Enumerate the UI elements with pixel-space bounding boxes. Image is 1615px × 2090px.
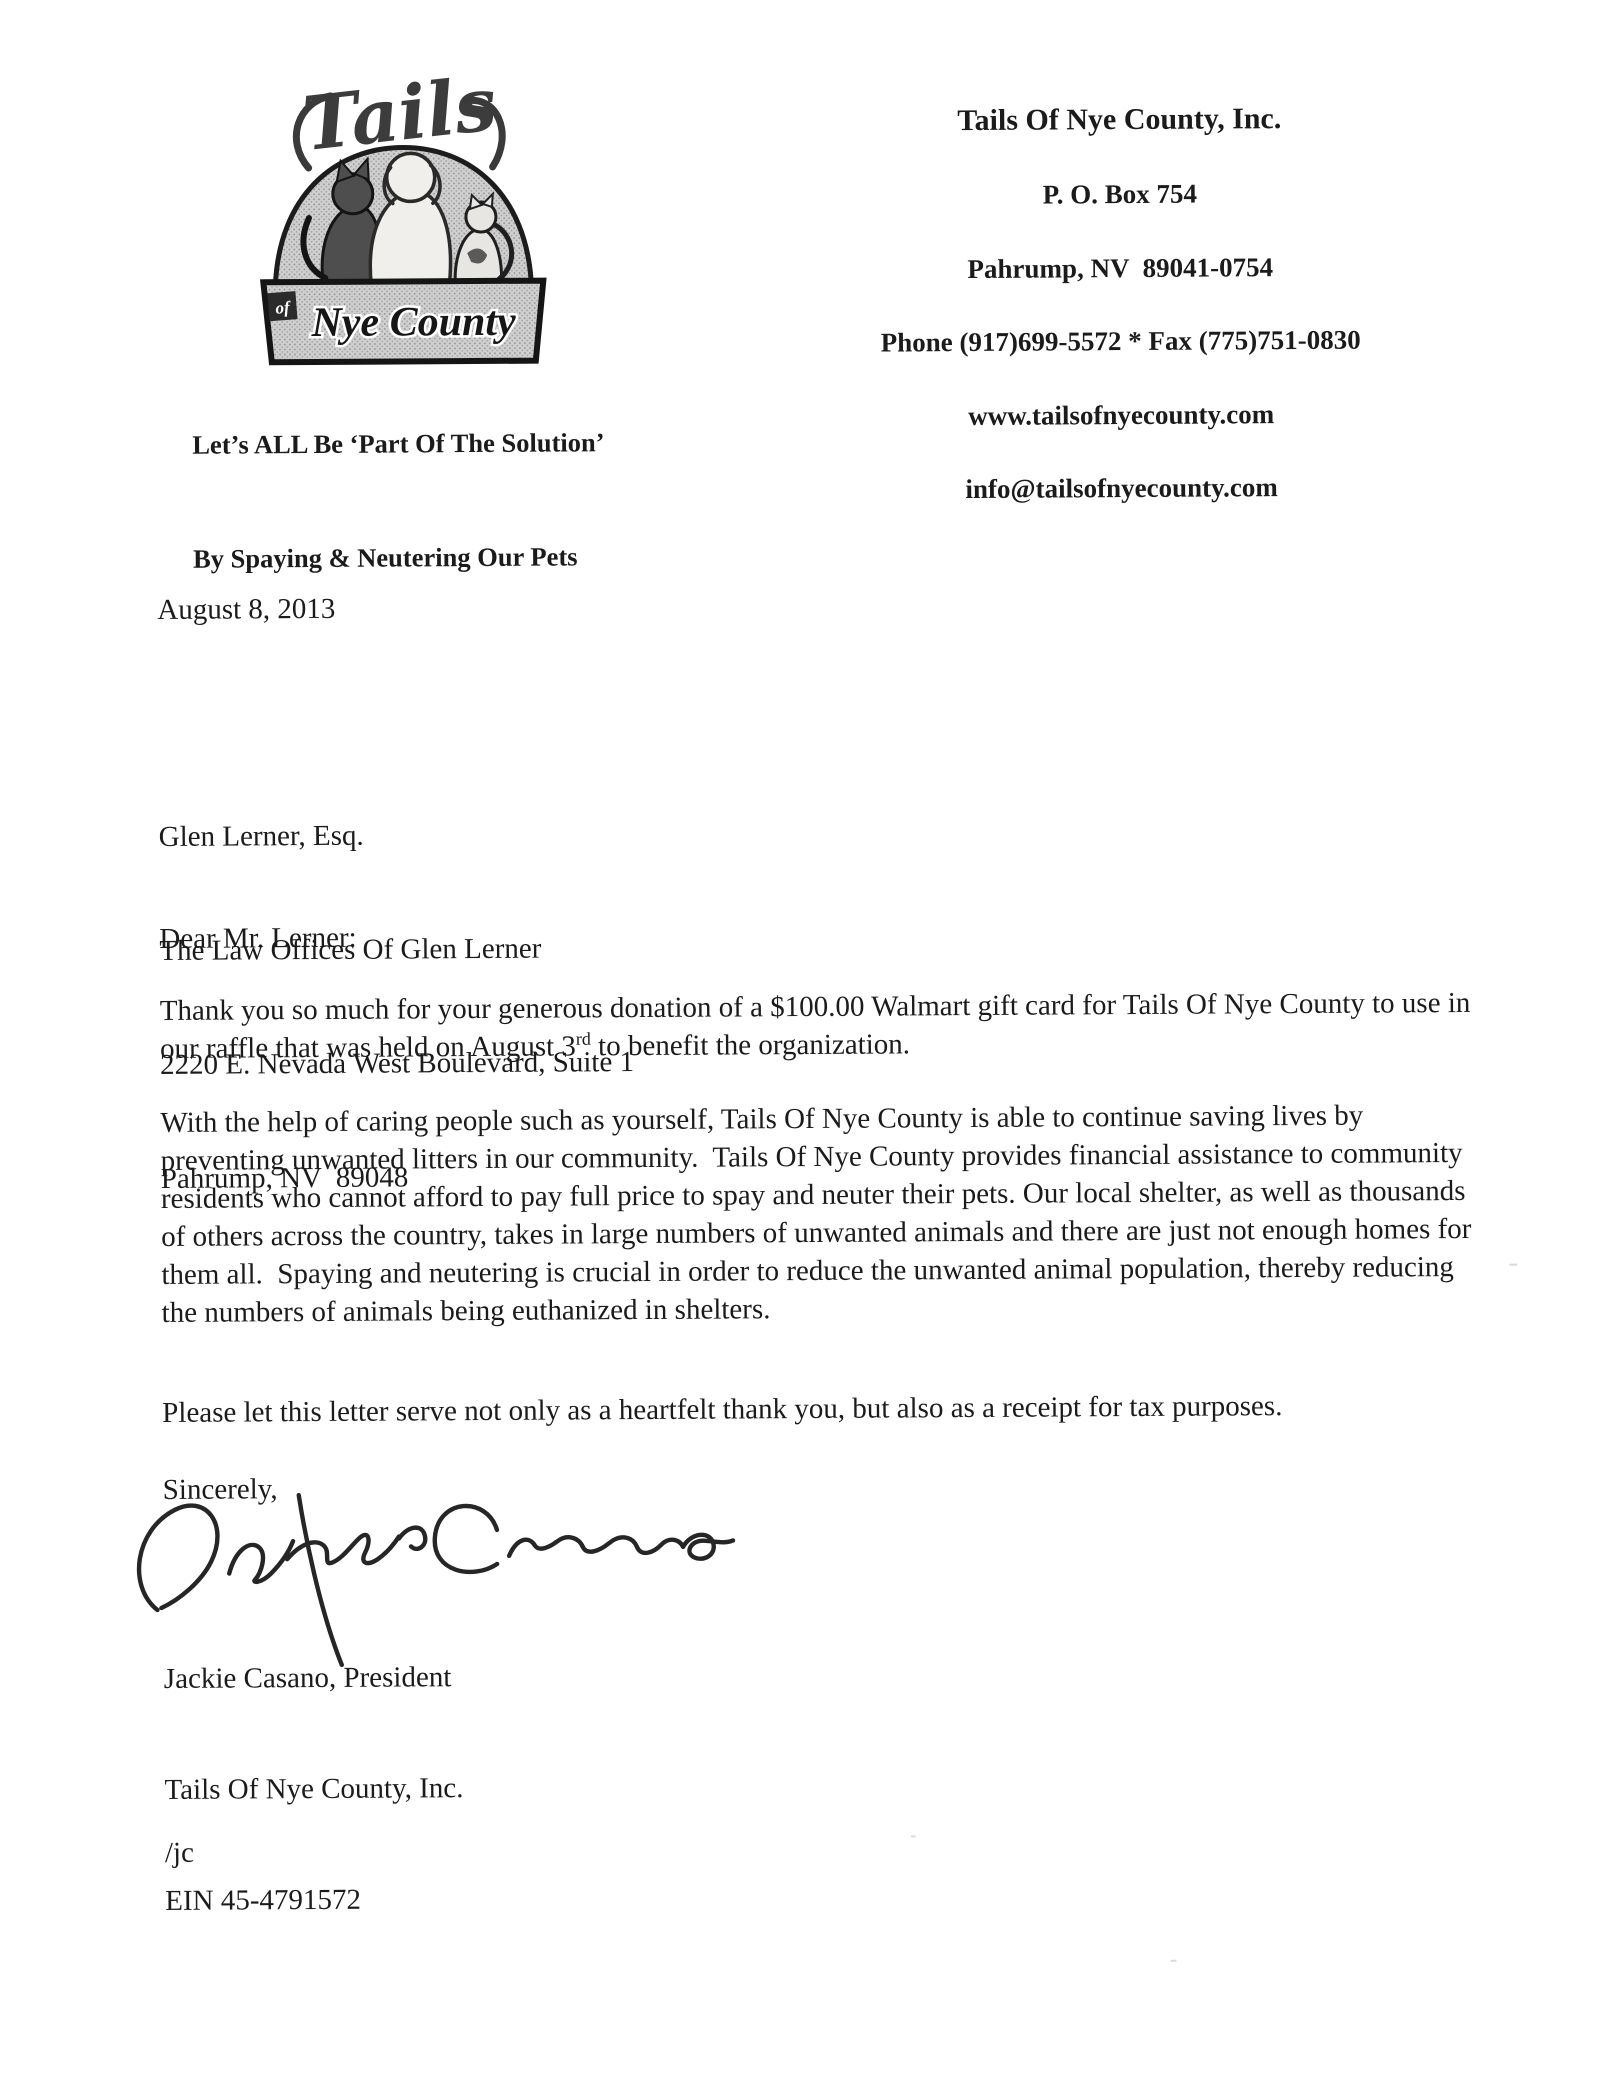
org-logo: Tails <box>252 64 554 372</box>
letterhead-contact-block: Tails Of Nye County, Inc. P. O. Box 754 … <box>784 62 1457 546</box>
closing: Sincerely, <box>163 1473 278 1507</box>
recipient-name: Glen Lerner, Esq. <box>159 815 633 856</box>
city-state-zip: Pahrump, NV 89041-0754 <box>785 248 1455 290</box>
paragraph-1-text-end: to benefit the organization. <box>591 1028 910 1062</box>
logo-banner-text: Nye County <box>310 299 516 346</box>
signer-name-title: Jackie Casano, President <box>164 1659 463 1698</box>
scan-artifact <box>1171 1960 1177 1962</box>
po-box-line: P. O. Box 754 <box>785 174 1455 216</box>
typist-initials: /jc <box>165 1837 194 1870</box>
letter-date: August 8, 2013 <box>157 593 335 627</box>
scan-artifact <box>911 1835 916 1837</box>
org-name: Tails Of Nye County, Inc. <box>784 98 1454 142</box>
paragraph-3: Please let this letter serve not only as… <box>162 1386 1492 1432</box>
scanned-letter-page: Tails <box>0 0 1615 2090</box>
tagline-line-1: Let’s ALL Be ‘Part Of The Solution’ <box>192 423 604 464</box>
phone-fax-line: Phone (917)699-5572 * Fax (775)751-0830 <box>786 321 1456 363</box>
salutation: Dear Mr. Lerner: <box>159 922 356 956</box>
email-line: info@tailsofnyecounty.com <box>787 468 1457 510</box>
scan-artifact <box>1509 1264 1517 1266</box>
scan-content: Tails <box>0 0 1615 2090</box>
website-line: www.tailsofnyecounty.com <box>786 395 1456 437</box>
signer-ein: EIN 45-4791572 <box>165 1881 464 1920</box>
signature-block: Jackie Casano, President Tails Of Nye Co… <box>163 1585 464 1994</box>
tagline-line-2: By Spaying & Neutering Our Pets <box>193 537 605 578</box>
paragraph-2: With the help of caring people such as y… <box>160 1096 1491 1332</box>
paragraph-1: Thank you so much for your generous dona… <box>160 984 1490 1068</box>
ordinal-superscript: rd <box>576 1029 591 1049</box>
signer-org: Tails Of Nye County, Inc. <box>164 1770 463 1809</box>
